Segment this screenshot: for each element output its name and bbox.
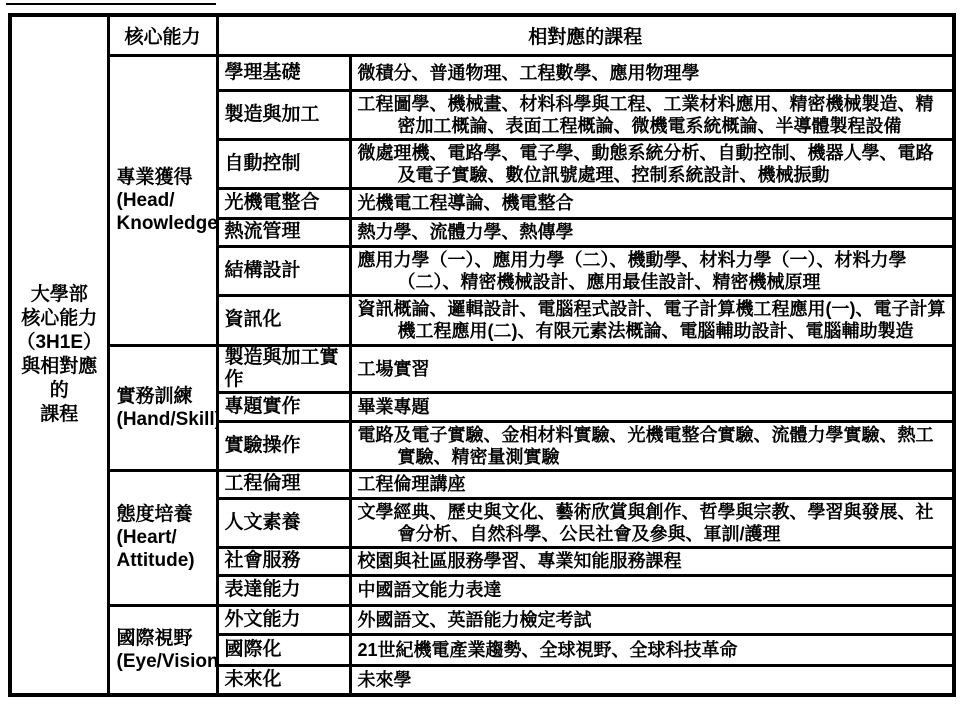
courses-cell: 工場實習: [350, 345, 954, 392]
slide-canvas: 大學部 核心能力 （3H1E） 與相對應的 課程 核心能力 相對應的課程 專業獲…: [0, 0, 960, 720]
ability-cell: 國際化: [217, 634, 350, 665]
courses-cell: 熱力學、流體力學、熱傳學: [350, 218, 954, 246]
group-cell-hand-skill: 實務訓練 (Hand/Skill): [108, 345, 217, 470]
ability-cell: 外文能力: [217, 605, 350, 634]
courses-cell: 中國語文能力表達: [350, 575, 954, 605]
table-row: 態度培養 (Heart/ Attitude) 工程倫理 工程倫理講座: [10, 470, 954, 498]
courses-cell: 電路及電子實驗、金相材料實驗、光機電整合實驗、流體力學實驗、熱工實驗、精密量測實…: [350, 421, 954, 470]
courses-cell: 畢業專題: [350, 392, 954, 421]
courses-cell: 工程倫理講座: [350, 470, 954, 498]
ability-cell: 製造與加工: [217, 90, 350, 139]
header-core-ability: 核心能力: [108, 15, 217, 55]
ability-cell: 工程倫理: [217, 470, 350, 498]
table-main-label: 大學部 核心能力 （3H1E） 與相對應的 課程: [10, 15, 108, 695]
ability-cell: 表達能力: [217, 575, 350, 605]
group-cell-head-knowledge: 專業獲得 (Head/ Knowledge): [108, 55, 217, 345]
courses-cell: 工程圖學、機械畫、材料科學與工程、工業材料應用、精密機械製造、精密加工概論、表面…: [350, 90, 954, 139]
courses-cell: 資訊概論、邏輯設計、電腦程式設計、電子計算機工程應用(一)、電子計算機工程應用(…: [350, 295, 954, 345]
group-cell-eye-vision: 國際視野 (Eye/Vision: [108, 605, 217, 695]
header-courses: 相對應的課程: [217, 15, 954, 55]
ability-cell: 熱流管理: [217, 218, 350, 246]
table-row: 實務訓練 (Hand/Skill) 製造與加工實作 工場實習: [10, 345, 954, 392]
courses-cell: 未來學: [350, 665, 954, 695]
courses-cell: 微處理機、電路學、電子學、動態系統分析、自動控制、機器人學、電路及電子實驗、數位…: [350, 139, 954, 188]
ability-cell: 結構設計: [217, 246, 350, 295]
header-row: 大學部 核心能力 （3H1E） 與相對應的 課程 核心能力 相對應的課程: [10, 15, 954, 55]
curriculum-table: 大學部 核心能力 （3H1E） 與相對應的 課程 核心能力 相對應的課程 專業獲…: [8, 13, 956, 697]
courses-cell: 微積分、普通物理、工程數學、應用物理學: [350, 55, 954, 90]
ability-cell: 資訊化: [217, 295, 350, 345]
courses-cell: 光機電工程導論、機電整合: [350, 188, 954, 218]
ability-cell: 學理基礎: [217, 55, 350, 90]
table-row: 國際視野 (Eye/Vision 外文能力 外國語文、英語能力檢定考試: [10, 605, 954, 634]
ability-cell: 專題實作: [217, 392, 350, 421]
courses-cell: 文學經典、歷史與文化、藝術欣賞與創作、哲學與宗教、學習與發展、社會分析、自然科學…: [350, 498, 954, 547]
courses-cell: 校園與社區服務學習、專業知能服務課程: [350, 547, 954, 575]
ability-cell: 製造與加工實作: [217, 345, 350, 392]
ability-cell: 社會服務: [217, 547, 350, 575]
top-rule-line: [6, 3, 216, 5]
table-row: 專業獲得 (Head/ Knowledge) 學理基礎 微積分、普通物理、工程數…: [10, 55, 954, 90]
ability-cell: 光機電整合: [217, 188, 350, 218]
ability-cell: 自動控制: [217, 139, 350, 188]
ability-cell: 未來化: [217, 665, 350, 695]
courses-cell: 21世紀機電產業趨勢、全球視野、全球科技革命: [350, 634, 954, 665]
ability-cell: 實驗操作: [217, 421, 350, 470]
group-cell-heart-attitude: 態度培養 (Heart/ Attitude): [108, 470, 217, 605]
courses-cell: 應用力學（一）、應用力學（二）、機動學、材料力學（一）、材料力學（二）、精密機械…: [350, 246, 954, 295]
courses-cell: 外國語文、英語能力檢定考試: [350, 605, 954, 634]
ability-cell: 人文素養: [217, 498, 350, 547]
